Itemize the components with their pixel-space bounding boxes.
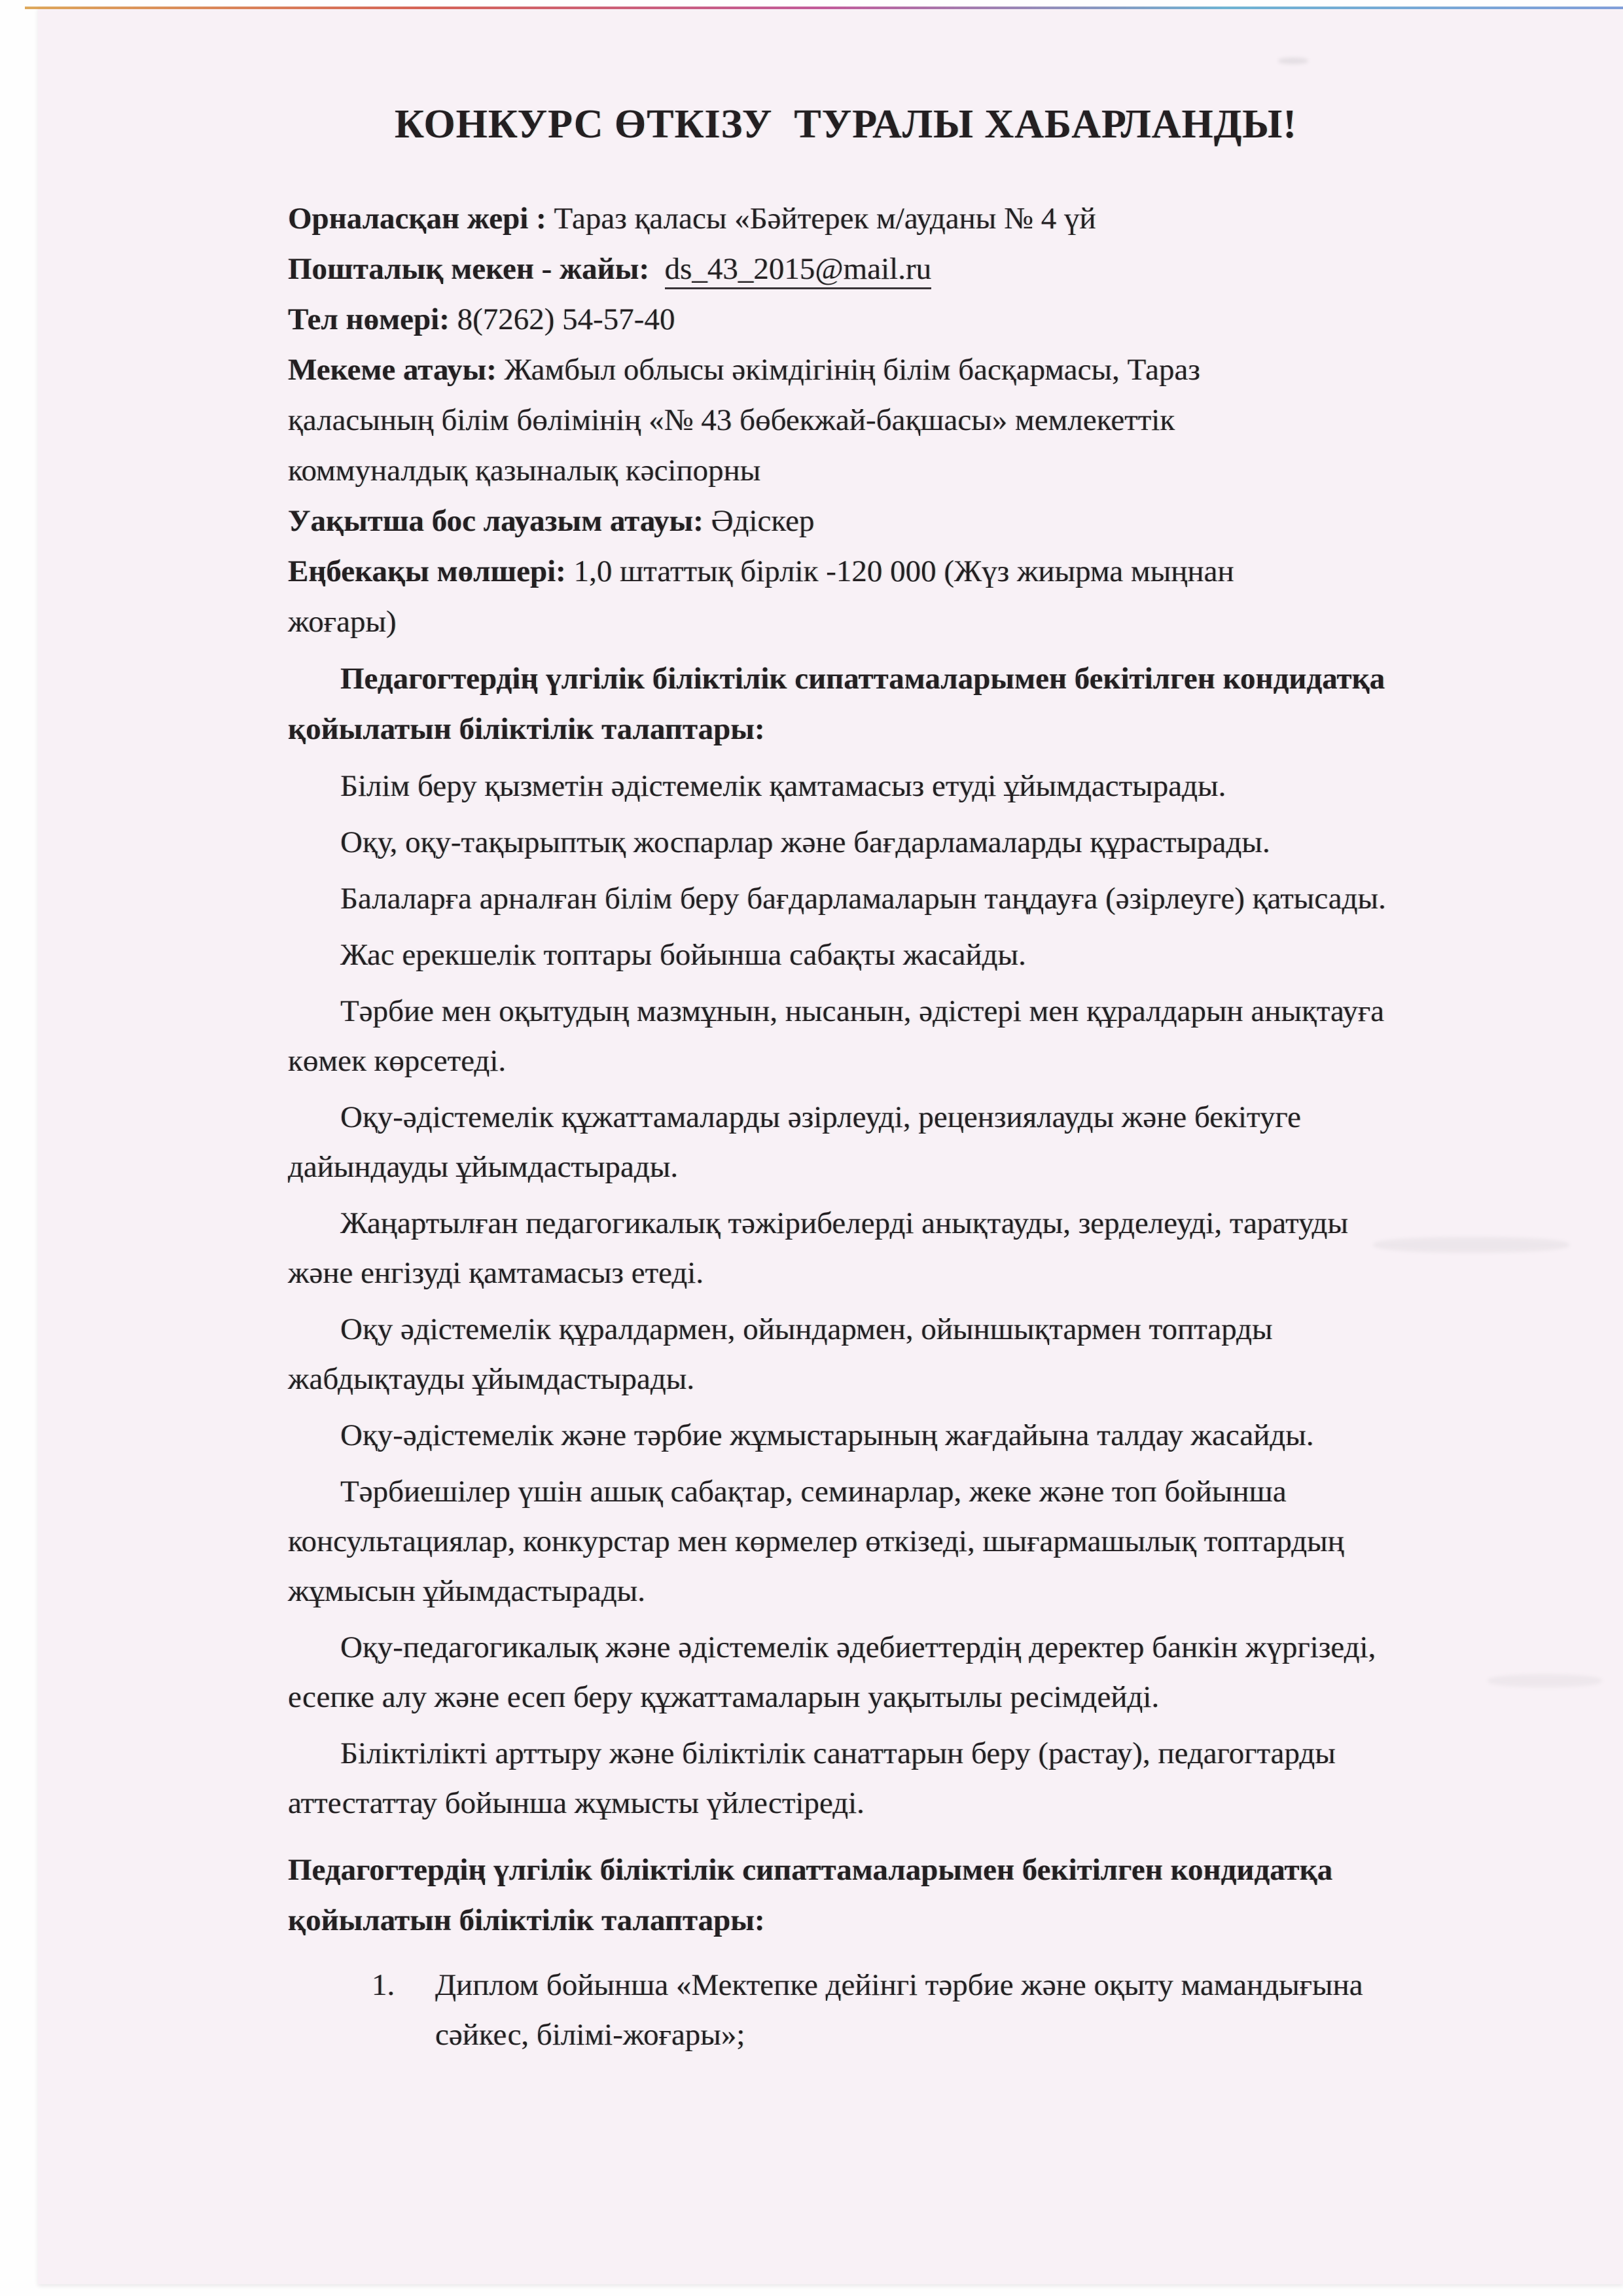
section-heading-requirements: Педагогтердің үлгілік біліктілік сипатта…	[288, 1845, 1594, 1946]
duty-paragraph: Жас ерекшелік топтары бойынша сабақты жа…	[288, 930, 1594, 980]
info-line-salary: Еңбекақы мөлшері: 1,0 штаттық бірлік -12…	[288, 547, 1594, 647]
duty-paragraph: Білім беру қызметін әдістемелік қамтамас…	[288, 761, 1594, 811]
info-label: Уақытша бос лауазым атауы:	[288, 504, 704, 538]
info-label: Еңбекақы мөлшері:	[288, 554, 566, 588]
info-line-position: Уақытша бос лауазым атауы: Әдіскер	[288, 496, 1594, 547]
info-line-location: Орналасқан жері : Тараз қаласы «Бәйтерек…	[288, 194, 1594, 244]
scan-smudge	[1488, 1674, 1602, 1687]
info-label: Тел нөмері:	[288, 302, 450, 336]
info-value: Әдіскер	[711, 504, 815, 538]
info-line-organization: Мекеме атауы: Жамбыл облысы әкімдігінің …	[288, 345, 1594, 496]
duty-paragraph: Оқу, оқу-тақырыптық жоспарлар және бағда…	[288, 817, 1594, 867]
duty-paragraph: Оқу-әдістемелік және тәрбие жұмыстарының…	[288, 1410, 1594, 1460]
info-line-phone: Тел нөмері: 8(7262) 54-57-40	[288, 295, 1594, 345]
requirement-item: 1.Диплом бойынша «Мектепке дейінгі тәрби…	[288, 1960, 1594, 2060]
duty-paragraph: Оқу-педагогикалық және әдістемелік әдеби…	[288, 1623, 1594, 1722]
info-value: Тараз қаласы «Бәйтерек м/ауданы № 4 үй	[554, 202, 1096, 236]
requirement-text: Диплом бойынша «Мектепке дейінгі тәрбие …	[435, 1968, 1363, 2052]
info-label: Мекеме атауы:	[288, 353, 497, 387]
page-title: КОНКУРС ӨТКІЗУ ТУРАЛЫ ХАБАРЛАНДЫ!	[288, 98, 1594, 151]
duty-paragraph: Оқу әдістемелік құралдармен, ойындармен,…	[288, 1304, 1594, 1404]
duty-paragraph: Біліктілікті арттыру және біліктілік сан…	[288, 1729, 1594, 1828]
document-content: КОНКУРС ӨТКІЗУ ТУРАЛЫ ХАБАРЛАНДЫ! Орнала…	[288, 7, 1594, 2060]
email-address: ds_43_2015@mail.ru	[665, 252, 932, 289]
info-line-email: Пошталық мекен - жайы: ds_43_2015@mail.r…	[288, 244, 1594, 295]
duty-paragraph: Оқу-әдістемелік құжаттамаларды әзірлеуді…	[288, 1092, 1594, 1192]
duty-paragraph: Балаларға арналған білім беру бағдарлама…	[288, 874, 1594, 924]
info-label: Пошталық мекен - жайы:	[288, 252, 649, 286]
document-page: КОНКУРС ӨТКІЗУ ТУРАЛЫ ХАБАРЛАНДЫ! Орнала…	[38, 7, 1623, 2284]
scan-smudge	[1278, 58, 1308, 64]
info-label: Орналасқан жері :	[288, 202, 546, 236]
info-value: 8(7262) 54-57-40	[457, 302, 675, 336]
scan-smudge	[1373, 1237, 1569, 1253]
list-number: 1.	[372, 1960, 395, 2010]
duty-paragraph: Тәрбие мен оқытудың мазмұнын, нысанын, ә…	[288, 986, 1594, 1086]
duty-paragraph: Тәрбиешілер үшін ашық сабақтар, семинарл…	[288, 1467, 1594, 1616]
section-heading-duties: Педагогтердің үлгілік біліктілік сипатта…	[288, 654, 1594, 755]
